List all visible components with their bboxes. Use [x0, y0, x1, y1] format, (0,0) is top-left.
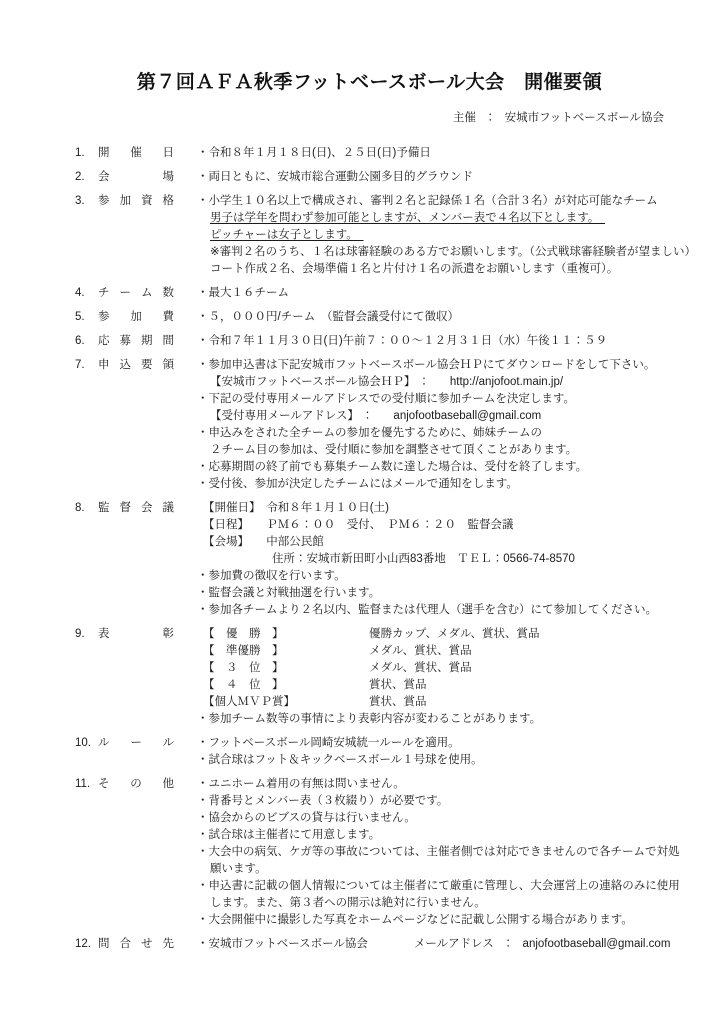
- section-heading: 5.参加費: [75, 309, 197, 326]
- section-heading: 4.チーム数: [75, 285, 197, 302]
- text-line: ・背番号とメンバー表（３枚綴り）が必要です。: [197, 793, 664, 810]
- line-text: ・受付後、参加が決定したチームにはメールで通知をします。: [197, 478, 518, 490]
- section-4: 4.チーム数・最大１６チーム: [75, 285, 664, 302]
- section-number: 10.: [75, 735, 98, 752]
- award-row: 【 ３ 位 】メダル、賞状、賞品: [197, 660, 664, 677]
- line-text: ・参加各チームより２名以内、監督または代理人（選手を含む）にて参加してください。: [197, 604, 657, 616]
- section-number: 5.: [75, 309, 98, 326]
- section-label: 監督会議: [98, 500, 174, 517]
- section-heading: 3.参加資格: [75, 193, 197, 278]
- line-text: ・参加費の徴収を行います。: [197, 570, 346, 582]
- award-row: 【 ４ 位 】賞状、賞品: [197, 677, 664, 694]
- section-10: 10.ルール・フットベースボール岡崎安城統一ルールを適用。・試合球はフット＆キッ…: [75, 735, 664, 769]
- section-label: ルール: [98, 735, 174, 752]
- text-line: コート作成２名、会場準備１名と片付け１名の派遣をお願いします（重複可）。: [197, 261, 664, 278]
- award-row: 【個人ＭＶＰ賞】賞状、賞品: [197, 694, 664, 711]
- association-hp-url-line: 【安城市フットベースボール協会ＨＰ】 ： http://anjofoot.mai…: [197, 374, 664, 391]
- section-body: ・令和７年１１月３０日(日)午前７：００～１２月３１日（水）午後１１：５９: [197, 333, 664, 350]
- sections: 1.開催日・令和８年１月１８日(日)、２５日(日)予備日2.会場・両日ともに、安…: [75, 145, 664, 953]
- line-text: ・参加申込書は下記安城市フットベースボール協会ＨＰにてダウンロードをして下さい。: [197, 359, 655, 371]
- line-text: ・背番号とメンバー表（３枚綴り）が必要です。: [197, 795, 448, 807]
- text-line: ※審判２名のうち、１名は球審経験のある方でお願いします。（公式戦球審経験者が望ま…: [197, 244, 664, 261]
- section-body: ・フットベースボール岡崎安城統一ルールを適用。・試合球はフット＆キックベースボー…: [197, 735, 664, 769]
- award-rank: 【 ４ 位 】: [203, 677, 369, 694]
- section-number: 12.: [75, 936, 98, 953]
- line-text: ・試合球はフット＆キックベースボール１号球を使用。: [197, 754, 483, 766]
- line-text: ・安城市フットベースボール協会 メールアドレス ： anjofootbaseba…: [197, 938, 670, 950]
- section-heading: 8.監督会議: [75, 500, 197, 619]
- line-text: ・協会からのビブスの貸与は行いません。: [197, 812, 416, 824]
- line-text: 男子は学年を問わず参加可能としますが、メンバー表で４名以下とします。: [210, 212, 605, 224]
- section-number: 4.: [75, 285, 98, 302]
- text-line: 願います。: [197, 861, 664, 878]
- text-line: ・参加各チームより２名以内、監督または代理人（選手を含む）にて参加してください。: [197, 602, 664, 619]
- text-line: 【日程】 ＰＭ６：００ 受付、 ＰＭ６：２０ 監督会議: [197, 517, 664, 534]
- text-line: ・大会開催中に撮影した写真をホームページなどに記載し公開する場合があります。: [197, 912, 664, 929]
- text-line: 男子は学年を問わず参加可能としますが、メンバー表で４名以下とします。: [197, 210, 664, 227]
- text-line: します。また、第３者への開示は絶対に行いません。: [197, 895, 664, 912]
- section-body: ・令和８年１月１８日(日)、２５日(日)予備日: [197, 145, 664, 162]
- award-rank: 【 準優勝 】: [203, 643, 369, 660]
- line-text: ２チーム目の参加は、受付順に参加を調整させて頂くことがあります。: [210, 444, 577, 456]
- section-3: 3.参加資格・小学生１０名以上で構成され、審判２名と記録係１名（合計３名）が対応…: [75, 193, 664, 278]
- text-line: ピッチャーは女子とします。: [197, 227, 664, 244]
- section-2: 2.会場・両日ともに、安城市総合運動公園多目的グラウンド: [75, 169, 664, 186]
- section-label: 会場: [98, 169, 174, 186]
- section-label: 表彰: [98, 626, 174, 643]
- section-number: 2.: [75, 169, 98, 186]
- line-text: 【開催日】 令和８年１月１０日(土): [203, 502, 389, 514]
- section-number: 1.: [75, 145, 98, 162]
- line-text: ・最大１６チーム: [197, 287, 289, 299]
- text-line: ・大会中の病気、ケガ等の事故については、主催者側では対応できませんので各チームで…: [197, 844, 664, 861]
- award-prize: 優勝カップ、メダル、賞状、賞品: [369, 628, 540, 640]
- line-text: ・大会開催中に撮影した写真をホームページなどに記載し公開する場合があります。: [197, 914, 633, 926]
- award-row: 【 優 勝 】優勝カップ、メダル、賞状、賞品: [197, 626, 664, 643]
- text-line: 【会場】 中部公民館: [197, 534, 664, 551]
- text-line: ・応募期間の終了前でも募集チーム数に達した場合は、受付を終了します。: [197, 459, 664, 476]
- line-text: 【会場】 中部公民館: [203, 536, 324, 548]
- text-line: ・監督会議と対戦抽選を行います。: [197, 585, 664, 602]
- section-body: ・両日ともに、安城市総合運動公園多目的グラウンド: [197, 169, 664, 186]
- award-prize: 賞状、賞品: [369, 696, 427, 708]
- organizer-line: 主催 ： 安城市フットベースボール協会: [75, 110, 664, 126]
- line-text: ピッチャーは女子とします。: [210, 229, 364, 241]
- section-5: 5.参加費・５，０００円/チーム （監督会議受付にて徴収）: [75, 309, 664, 326]
- line-text: ・フットベースボール岡崎安城統一ルールを適用。: [197, 737, 460, 749]
- line-text: 住所：安城市新田町小山西83番地 ＴＥＬ：0566-74-8570: [203, 553, 575, 565]
- text-line: ・協会からのビブスの貸与は行いません。: [197, 810, 664, 827]
- line-text: 【受付専用メールアドレス】 ： anjofootbaseball@gmail.c…: [210, 410, 541, 422]
- text-line: ・参加費の徴収を行います。: [197, 568, 664, 585]
- section-number: 3.: [75, 193, 98, 210]
- section-number: 9.: [75, 626, 98, 643]
- section-heading: 10.ルール: [75, 735, 197, 769]
- line-text: ・両日ともに、安城市総合運動公園多目的グラウンド: [197, 171, 473, 183]
- section-number: 7.: [75, 357, 98, 374]
- text-line: ・令和７年１１月３０日(日)午前７：００～１２月３１日（水）午後１１：５９: [197, 333, 664, 350]
- text-line: ・令和８年１月１８日(日)、２５日(日)予備日: [197, 145, 664, 162]
- award-prize: メダル、賞状、賞品: [369, 662, 472, 674]
- text-line: ・参加申込書は下記安城市フットベースボール協会ＨＰにてダウンロードをして下さい。: [197, 357, 664, 374]
- award-rank: 【個人ＭＶＰ賞】: [203, 694, 369, 711]
- section-label: チーム数: [98, 285, 174, 302]
- section-heading: 2.会場: [75, 169, 197, 186]
- section-body: 【開催日】 令和８年１月１０日(土)【日程】 ＰＭ６：００ 受付、 ＰＭ６：２０…: [197, 500, 664, 619]
- line-text: ・ユニホーム着用の有無は問いません。: [197, 778, 405, 790]
- section-heading: 6.応募期間: [75, 333, 197, 350]
- text-line: ２チーム目の参加は、受付順に参加を調整させて頂くことがあります。: [197, 442, 664, 459]
- section-heading: 11.その他: [75, 776, 197, 929]
- section-heading: 12.問合せ先: [75, 936, 197, 953]
- reception-email-line: 【受付専用メールアドレス】 ： anjofootbaseball@gmail.c…: [197, 408, 664, 425]
- text-line: ・参加チーム数等の事情により表彰内容が変わることがあります。: [197, 711, 664, 728]
- text-line: ・小学生１０名以上で構成され、審判２名と記録係１名（合計３名）が対応可能なチーム: [197, 193, 664, 210]
- line-text: ・申込書に記載の個人情報については主催者にて厳重に管理し、大会運営上の連絡のみに…: [197, 880, 680, 892]
- section-12: 12.問合せ先・安城市フットベースボール協会 メールアドレス ： anjofoo…: [75, 936, 664, 953]
- section-body: ・最大１６チーム: [197, 285, 664, 302]
- document-title: 第７回ＡＦＡ秋季フットベースボール大会 開催要領: [75, 70, 664, 96]
- text-line: 【開催日】 令和８年１月１０日(土): [197, 500, 664, 517]
- section-6: 6.応募期間・令和７年１１月３０日(日)午前７：００～１２月３１日（水）午後１１…: [75, 333, 664, 350]
- section-body: ・参加申込書は下記安城市フットベースボール協会ＨＰにてダウンロードをして下さい。…: [197, 357, 664, 493]
- section-body: ・小学生１０名以上で構成され、審判２名と記録係１名（合計３名）が対応可能なチーム…: [197, 193, 664, 278]
- text-line: ・申込みをされた全チームの参加を優先するために、姉妹チームの: [197, 425, 664, 442]
- text-line: ・試合球は主催者にて用意します。: [197, 827, 664, 844]
- venue-address-line: 住所：安城市新田町小山西83番地 ＴＥＬ：0566-74-8570: [197, 551, 664, 568]
- award-prize: メダル、賞状、賞品: [369, 645, 472, 657]
- section-body: ・５，０００円/チーム （監督会議受付にて徴収）: [197, 309, 664, 326]
- section-label: 参加費: [98, 309, 174, 326]
- section-11: 11.その他・ユニホーム着用の有無は問いません。・背番号とメンバー表（３枚綴り）…: [75, 776, 664, 929]
- line-text: 【安城市フットベースボール協会ＨＰ】 ： http://anjofoot.mai…: [210, 376, 563, 388]
- section-heading: 7.申込要領: [75, 357, 197, 493]
- text-line: ・受付後、参加が決定したチームにはメールで通知をします。: [197, 476, 664, 493]
- section-label: 開催日: [98, 145, 174, 162]
- section-body: ・ユニホーム着用の有無は問いません。・背番号とメンバー表（３枚綴り）が必要です。…: [197, 776, 664, 929]
- award-rank: 【 優 勝 】: [203, 626, 369, 643]
- section-body: ・安城市フットベースボール協会 メールアドレス ： anjofootbaseba…: [197, 936, 664, 953]
- award-rank: 【 ３ 位 】: [203, 660, 369, 677]
- line-text: ・小学生１０名以上で構成され、審判２名と記録係１名（合計３名）が対応可能なチーム: [197, 195, 658, 207]
- contact-email-line: ・安城市フットベースボール協会 メールアドレス ： anjofootbaseba…: [197, 936, 664, 953]
- line-text: ・申込みをされた全チームの参加を優先するために、姉妹チームの: [197, 427, 542, 439]
- award-prize: 賞状、賞品: [369, 679, 427, 691]
- section-number: 6.: [75, 333, 98, 350]
- line-text: ・参加チーム数等の事情により表彰内容が変わることがあります。: [197, 713, 541, 725]
- section-label: 参加資格: [98, 193, 174, 210]
- line-text: ・監督会議と対戦抽選を行います。: [197, 587, 380, 599]
- line-text: ・応募期間の終了前でも募集チーム数に達した場合は、受付を終了します。: [197, 461, 587, 473]
- section-body: 【 優 勝 】優勝カップ、メダル、賞状、賞品【 準優勝 】メダル、賞状、賞品【 …: [197, 626, 664, 728]
- section-number: 11.: [75, 776, 98, 793]
- line-text: 【日程】 ＰＭ６：００ 受付、 ＰＭ６：２０ 監督会議: [203, 519, 514, 531]
- text-line: ・フットベースボール岡崎安城統一ルールを適用。: [197, 735, 664, 752]
- section-label: 申込要領: [98, 357, 174, 374]
- line-text: ・大会中の病気、ケガ等の事故については、主催者側では対応できませんので各チームで…: [197, 846, 680, 858]
- text-line: ・下記の受付専用メールアドレスでの受付順に参加チームを決定します。: [197, 391, 664, 408]
- line-text: ・試合球は主催者にて用意します。: [197, 829, 380, 841]
- award-row: 【 準優勝 】メダル、賞状、賞品: [197, 643, 664, 660]
- line-text: ・下記の受付専用メールアドレスでの受付順に参加チームを決定します。: [197, 393, 575, 405]
- section-label: その他: [98, 776, 174, 793]
- text-line: ・５，０００円/チーム （監督会議受付にて徴収）: [197, 309, 664, 326]
- line-text: ※審判２名のうち、１名は球審経験のある方でお願いします。（公式戦球審経験者が望ま…: [210, 246, 696, 258]
- text-line: ・試合球はフット＆キックベースボール１号球を使用。: [197, 752, 664, 769]
- document-page: 第７回ＡＦＡ秋季フットベースボール大会 開催要領 主催 ： 安城市フットベースボ…: [0, 0, 724, 1024]
- section-heading: 1.開催日: [75, 145, 197, 162]
- text-line: ・両日ともに、安城市総合運動公園多目的グラウンド: [197, 169, 664, 186]
- section-number: 8.: [75, 500, 98, 517]
- line-text: 願います。: [210, 863, 267, 875]
- text-line: ・ユニホーム着用の有無は問いません。: [197, 776, 664, 793]
- line-text: コート作成２名、会場準備１名と片付け１名の派遣をお願いします（重複可）。: [210, 263, 618, 275]
- section-label: 応募期間: [98, 333, 174, 350]
- section-9: 9.表彰【 優 勝 】優勝カップ、メダル、賞状、賞品【 準優勝 】メダル、賞状、…: [75, 626, 664, 728]
- line-text: ・５，０００円/チーム （監督会議受付にて徴収）: [197, 311, 459, 323]
- section-7: 7.申込要領・参加申込書は下記安城市フットベースボール協会ＨＰにてダウンロードを…: [75, 357, 664, 493]
- section-8: 8.監督会議【開催日】 令和８年１月１０日(土)【日程】 ＰＭ６：００ 受付、 …: [75, 500, 664, 619]
- text-line: ・最大１６チーム: [197, 285, 664, 302]
- text-line: ・申込書に記載の個人情報については主催者にて厳重に管理し、大会運営上の連絡のみに…: [197, 878, 664, 895]
- section-heading: 9.表彰: [75, 626, 197, 728]
- section-label: 問合せ先: [98, 936, 174, 953]
- line-text: します。また、第３者への開示は絶対に行いません。: [210, 897, 486, 909]
- section-1: 1.開催日・令和８年１月１８日(日)、２５日(日)予備日: [75, 145, 664, 162]
- line-text: ・令和７年１１月３０日(日)午前７：００～１２月３１日（水）午後１１：５９: [197, 335, 607, 347]
- line-text: ・令和８年１月１８日(日)、２５日(日)予備日: [197, 147, 431, 159]
